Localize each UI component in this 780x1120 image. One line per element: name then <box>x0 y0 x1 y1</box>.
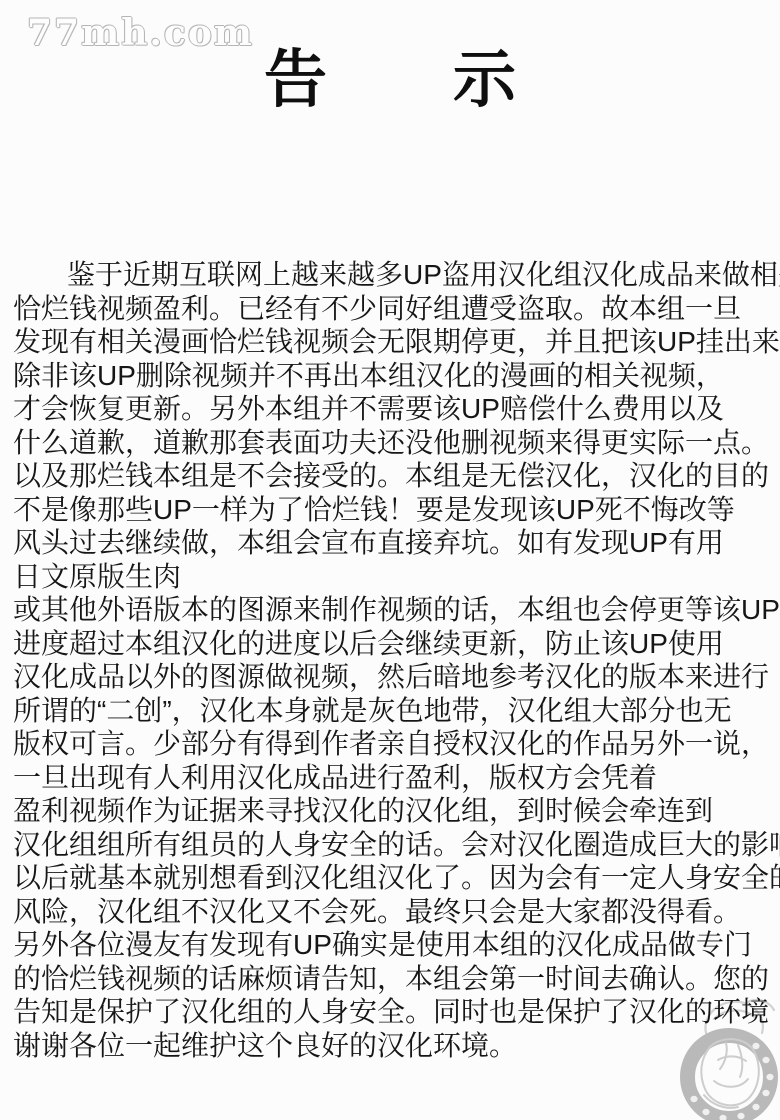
notice-line: 不是像那些UP一样为了恰烂钱！要是发现该UP死不悔改等 <box>13 493 775 527</box>
notice-line: 汉化组组所有组员的人身安全的话。会对汉化圈造成巨大的影响， <box>13 828 775 862</box>
notice-line: 风险，汉化组不汉化又不会死。最终只会是大家都没得看。 <box>13 895 775 929</box>
notice-line: 汉化成品以外的图源做视频，然后暗地参考汉化的版本来进行 <box>13 660 775 694</box>
notice-body: 鉴于近期互联网上越来越多UP盗用汉化组汉化成品来做相关 恰烂钱视频盈利。已经有不… <box>13 258 775 1062</box>
notice-line: 盈利视频作为证据来寻找汉化的汉化组，到时候会牵连到 <box>13 794 775 828</box>
notice-line: 以后就基本就别想看到汉化组汉化了。因为会有一定人身安全的 <box>13 861 775 895</box>
notice-line: 发现有相关漫画恰烂钱视频会无限期停更，并且把该UP挂出来， <box>13 325 775 359</box>
notice-line: 鉴于近期互联网上越来越多UP盗用汉化组汉化成品来做相关 <box>13 258 775 292</box>
notice-line: 才会恢复更新。另外本组并不需要该UP赔偿什么费用以及 <box>13 392 775 426</box>
notice-page: 77mh.com 告 示 <box>0 0 780 1120</box>
notice-line: 恰烂钱视频盈利。已经有不少同好组遭受盗取。故本组一旦 <box>13 292 775 326</box>
notice-line: 另外各位漫友有发现有UP确实是使用本组的汉化成品做专门 <box>13 928 775 962</box>
notice-line: 进度超过本组汉化的进度以后会继续更新，防止该UP使用 <box>13 627 775 661</box>
notice-line: 以及那烂钱本组是不会接受的。本组是无偿汉化，汉化的目的 <box>13 459 775 493</box>
notice-line: 一旦出现有人利用汉化成品进行盈利，版权方会凭着 <box>13 761 775 795</box>
notice-line: 谢谢各位一起维护这个良好的汉化环境。 <box>13 1029 775 1063</box>
notice-line: 风头过去继续做，本组会宣布直接弃坑。如有发现UP有用 <box>13 526 775 560</box>
notice-line: 或其他外语版本的图源来制作视频的话，本组也会停更等该UP的 <box>13 593 775 627</box>
notice-line: 所谓的“二创”，汉化本身就是灰色地带，汉化组大部分也无 <box>13 694 775 728</box>
notice-line: 除非该UP删除视频并不再出本组汉化的漫画的相关视频， <box>13 359 775 393</box>
notice-line: 告知是保护了汉化组的人身安全。同时也是保护了汉化的环境 <box>13 995 775 1029</box>
notice-line: 版权可言。少部分有得到作者亲自授权汉化的作品另外一说， <box>13 727 775 761</box>
page-title: 告 示 <box>0 42 780 118</box>
notice-line: 的恰烂钱视频的话麻烦请告知，本组会第一时间去确认。您的 <box>13 962 775 996</box>
notice-line: 日文原版生肉 <box>13 560 775 594</box>
notice-line: 什么道歉，道歉那套表面功夫还没他删视频来得更实际一点。 <box>13 426 775 460</box>
